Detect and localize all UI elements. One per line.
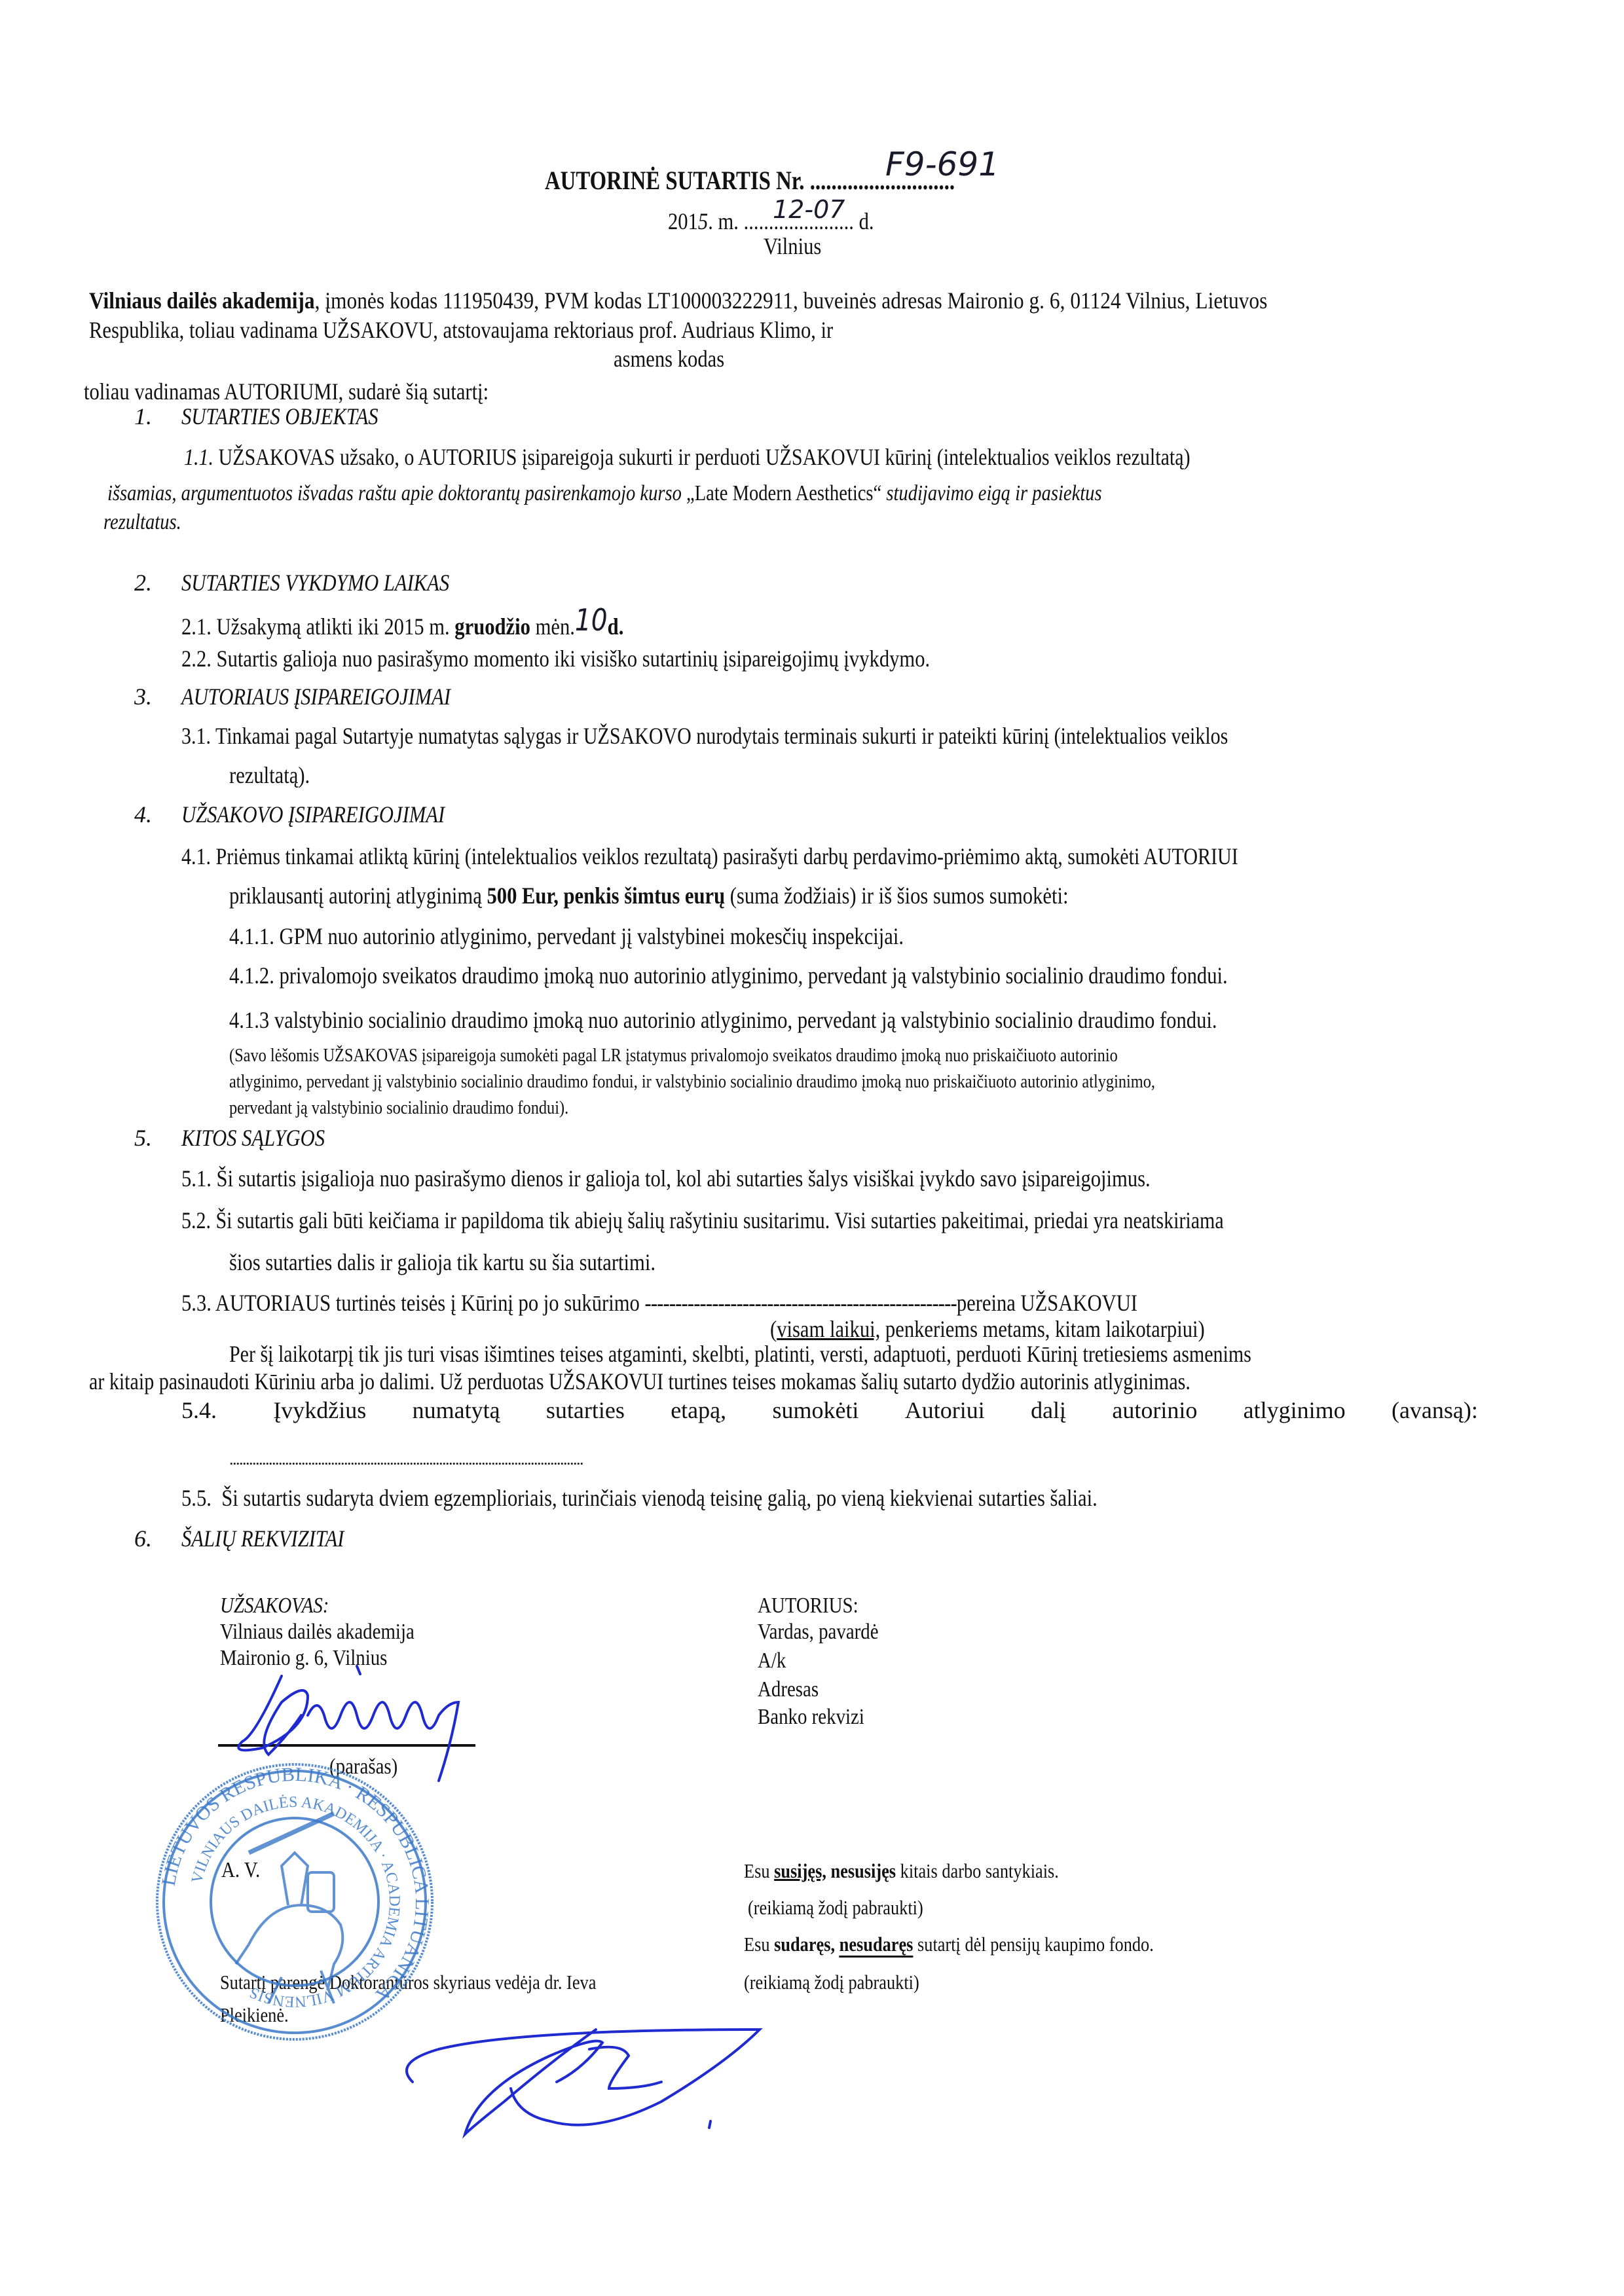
employment-selected[interactable]: susiję​s,: [774, 1859, 826, 1882]
clause-4-1-3: 4.1.3 valstybinio socialinio draudimo įm…: [229, 1008, 1217, 1032]
client-label: UŽSAKOVAS:: [220, 1595, 329, 1617]
clause-5-5: 5.5. Ši sutartis sudaryta dviem egzempli…: [181, 1486, 1098, 1510]
author-field-bank[interactable]: Banko rekvizitai: [758, 1706, 883, 1728]
clause-2-2: 2.2. Sutartis galioja nuo pasirašymo mom…: [181, 647, 930, 670]
fee-amount: 500 Eur, penkis šimtus eurų: [487, 883, 725, 909]
employment-status: Esu susiję​s, nesusiję​s kitais darbo sa…: [744, 1861, 1059, 1881]
official-stamp: LIETUVOS RESPUBLIKA · RESPUBLICA LITUANI…: [151, 1761, 439, 2043]
author-field-address[interactable]: Adresas: [758, 1679, 819, 1701]
client-signature: [216, 1656, 517, 1787]
clause-3-1-end: rezultatą).: [229, 763, 310, 787]
clause-4-1-2: 4.1.2. privalomojo sveikatos draudimo įm…: [229, 964, 1228, 987]
pension-other[interactable]: sudaręs,: [774, 1933, 835, 1956]
section-2-title: SUTARTIES VYKDYMO LAIKAS: [181, 571, 449, 594]
section-4-number: 4.: [134, 803, 152, 826]
employer-contribution-note-3: pervedant ją valstybinio socialinio drau…: [229, 1099, 568, 1118]
intro-line-4: toliau vadinamas AUTORIUMI, sudarė šią s…: [84, 380, 489, 403]
author-field-name[interactable]: Vardas, pavardė: [758, 1621, 879, 1643]
author-label: AUTORIUS:: [758, 1595, 858, 1617]
advance-payment-field[interactable]: ........................................…: [229, 1451, 583, 1468]
preparer-signature: [386, 2016, 779, 2160]
section-1-number: 1.: [134, 405, 152, 428]
clause-5-3: 5.3. AUTORIAUS turtinės teisės į Kūrinį …: [181, 1291, 1137, 1315]
contract-number-handwritten: F9-691: [885, 145, 999, 183]
section-5-number: 5.: [134, 1126, 152, 1150]
contract-city: Vilnius: [764, 234, 821, 258]
employer-contribution-note-1: (Savo lėšomis UŽSAKOVAS įsipareigoja sum…: [229, 1046, 1118, 1065]
intro-line-1: Vilniaus dailės akademija, įmonės kodas …: [89, 289, 1267, 312]
intro-line-2: Respublika, toliau vadinama UŽSAKOVU, at…: [89, 318, 833, 342]
clause-1-1-object-end: rezultatus.: [103, 511, 181, 534]
clause-1-1-object: išsamias, argumentuotos išvadas raštu ap…: [107, 483, 1102, 505]
clause-4-1-amount: priklausantį autorinį atlyginimą 500 Eur…: [229, 884, 1069, 907]
pension-status: Esu sudaręs, nesudaręs sutartį dėl pensi…: [744, 1934, 1154, 1954]
clause-5-2: 5.2. Ši sutartis gali būti keičiama ir p…: [181, 1209, 1224, 1232]
employment-hint: (reikiamą žodį pabraukti): [748, 1897, 923, 1918]
section-6-title: ŠALIŲ REKVIZITAI: [181, 1527, 344, 1550]
clause-5-1: 5.1. Ši sutartis įsigalioja nuo pasirašy…: [181, 1167, 1151, 1190]
section-2-number: 2.: [134, 571, 152, 594]
section-6-number: 6.: [134, 1527, 152, 1550]
clause-4-1-1: 4.1.1. GPM nuo autorinio atlyginimo, per…: [229, 924, 904, 948]
clause-5-3-rights: Per šį laikotarpį tik jis turi visas iši…: [229, 1342, 1251, 1366]
employer-contribution-note-2: atlyginimo, pervedant jį valstybinio soc…: [229, 1072, 1155, 1091]
clause-3-1: 3.1. Tinkamai pagal Sutartyje numatytas …: [181, 724, 1228, 748]
rights-period-options: (visam laikui, penkeriems metams, kitam …: [770, 1317, 1205, 1341]
clause-5-4: 5.4. Įvykdžiusnumatytąsutartiesetapą,sum…: [181, 1398, 1478, 1422]
clause-1-1: 1.1. UŽSAKOVAS užsako, o AUTORIUS įsipar…: [184, 445, 1190, 469]
author-field-personal-code[interactable]: A/k: [758, 1650, 786, 1672]
clause-5-2-end: šios sutarties dalis ir galioja tik kart…: [229, 1250, 655, 1274]
deadline-day-handwritten: 10: [575, 602, 608, 638]
pension-selected[interactable]: nesudaręs: [840, 1933, 913, 1958]
clause-5-3-fee: ar kitaip pasinaudoti Kūriniu arba jo da…: [89, 1370, 1190, 1393]
section-5-title: KITOS SĄLYGOS: [181, 1126, 325, 1150]
employment-other[interactable]: nesusiję​s: [826, 1859, 896, 1882]
section-3-title: AUTORIAUS ĮSIPAREIGOJIMAI: [181, 685, 451, 708]
client-org-name: Vilniaus dailės akademija: [89, 287, 315, 314]
section-3-number: 3.: [134, 685, 152, 708]
clause-2-1: 2.1. Užsakymą atlikti iki 2015 m. gruodž…: [181, 609, 623, 639]
rights-period-selected[interactable]: visam laikui,: [777, 1316, 880, 1342]
section-4-title: UŽSAKOVO ĮSIPAREIGOJIMAI: [181, 803, 445, 826]
intro-line-3: asmens kodas: [614, 347, 724, 371]
pension-hint: (reikiamą žodį pabraukti): [744, 1972, 919, 1992]
client-name: Vilniaus dailės akademija: [220, 1621, 415, 1643]
svg-text:VILNIAUS DAILĖS AKADEMIJA · AC: VILNIAUS DAILĖS AKADEMIJA · ACADEMIA ART…: [189, 1794, 403, 2010]
clause-4-1: 4.1. Priėmus tinkamai atliktą kūrinį (in…: [181, 845, 1238, 868]
section-1-title: SUTARTIES OBJEKTAS: [181, 405, 378, 428]
date-handwritten: 12-07: [773, 195, 845, 224]
